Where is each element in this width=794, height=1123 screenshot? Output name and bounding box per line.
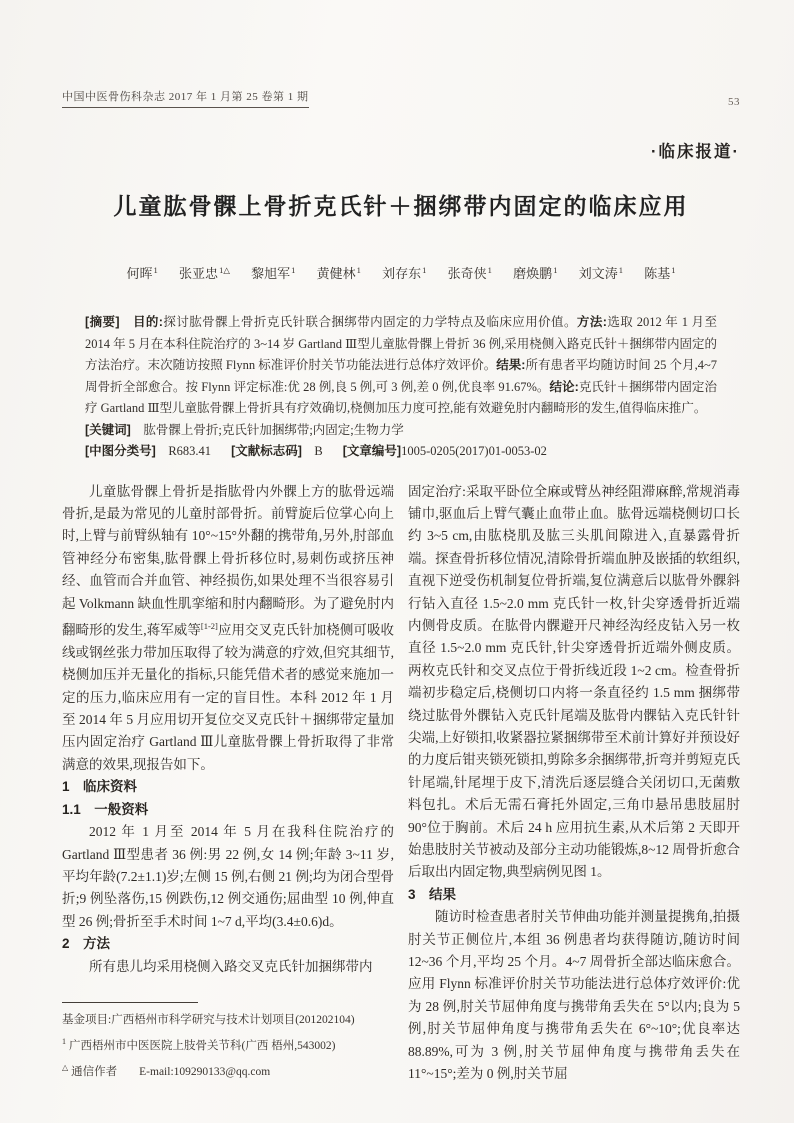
author-affiliation-mark: 1: [422, 265, 426, 275]
intro-paragraph: 儿童肱骨髁上骨折是指肱骨内外髁上方的肱骨远端骨折,是最为常见的儿童肘部骨折。前臂…: [62, 481, 394, 777]
author-name: 陈基1: [644, 266, 675, 281]
page-content: 中国中医骨伤科杂志 2017 年 1 月第 25 卷第 1 期 53 ·临床报道…: [62, 88, 740, 1083]
objective-text: 探讨肱骨髁上骨折克氏针联合捆绑带内固定的力学特点及临床应用价值。: [163, 315, 577, 329]
objective-label: 目的:: [133, 315, 163, 329]
funding-note: 基金项目:广西梧州市科学研究与技术计划项目(201202104): [62, 1009, 394, 1031]
author-name: 黄健林1: [317, 266, 361, 281]
body-columns: 儿童肱骨髁上骨折是指肱骨内外髁上方的肱骨远端骨折,是最为常见的儿童肘部骨折。前臂…: [62, 481, 740, 1083]
footnotes-block: 基金项目:广西梧州市科学研究与技术计划项目(201202104) 1广西梧州市中…: [62, 1002, 394, 1083]
abstract-paragraph: [摘要] 目的:探讨肱骨髁上骨折克氏针联合捆绑带内固定的力学特点及临床应用价值。…: [85, 312, 717, 420]
intro-text-b: 应用交叉克氏针加桡侧可吸收线或钢丝张力带加压取得了较为满意的疗效,但究其细节,桡…: [62, 622, 394, 771]
page-number: 53: [728, 96, 740, 108]
keywords-text: 肱骨髁上骨折;克氏针加捆绑带;内固定;生物力学: [143, 423, 403, 437]
results-paragraph: 随访时检查患者肘关节伸曲功能并测量提携角,拍摄肘关节正侧位片,本组 36 例患者…: [408, 906, 740, 1085]
author-affiliation-mark: 1: [291, 265, 295, 275]
doc-code-value: B: [314, 444, 322, 458]
methods-label: 方法:: [577, 315, 607, 329]
abstract-label: [摘要]: [85, 315, 120, 329]
author-name: 磨焕鹏1: [513, 266, 557, 281]
methods-paragraph-start: 所有患儿均采用桡侧入路交叉克氏针加捆绑带内: [62, 956, 394, 978]
author-name: 张亚忠1△: [179, 266, 230, 281]
author-name: 张奇侠1: [448, 266, 492, 281]
article-title: 儿童肱骨髁上骨折克氏针＋捆绑带内固定的临床应用: [62, 188, 740, 221]
article-id-value: 1005-0205(2017)01-0053-02: [401, 444, 547, 458]
affiliation-text: 广西梧州市中医医院上肢骨关节科(广西 梧州,543002): [69, 1040, 335, 1052]
heading-general-data: 1.1 一般资料: [62, 799, 394, 821]
heading-results: 3 结果: [408, 884, 740, 906]
correspondence-note: △通信作者E-mail:109290133@qq.com: [62, 1057, 394, 1083]
author-affiliation-mark: 1: [154, 265, 158, 275]
author-affiliation-mark: 1: [619, 265, 623, 275]
author-name: 何晖1: [127, 266, 158, 281]
section-label: ·临床报道·: [62, 138, 740, 162]
author-name: 刘文涛1: [579, 266, 623, 281]
citation-ref: [1-2]: [201, 621, 218, 631]
author-affiliation-mark: 1: [357, 265, 361, 275]
clc-label: [中图分类号]: [85, 444, 156, 458]
affiliation-note: 1广西梧州市中医医院上肢骨关节科(广西 梧州,543002): [62, 1031, 394, 1057]
right-column: 固定治疗:采取平卧位全麻或臂丛神经阻滞麻醉,常规消毒铺巾,驱血后上臂气囊止血带止…: [408, 481, 740, 1083]
article-id-label: [文章编号]: [343, 444, 401, 458]
keywords-label: [关键词]: [85, 423, 131, 437]
author-affiliation-mark: 1: [671, 265, 675, 275]
affiliation-mark: 1: [62, 1037, 66, 1046]
footnote-divider: [62, 1002, 198, 1003]
author-affiliation-mark: 1: [553, 265, 557, 275]
correspondence-mark: △: [62, 1063, 68, 1072]
heading-clinical-data: 1 临床资料: [62, 776, 394, 798]
clc-value: R683.41: [168, 444, 211, 458]
doc-code-label: [文献标志码]: [231, 444, 302, 458]
correspondence-text: 通信作者: [71, 1066, 117, 1078]
classification-line: [中图分类号] R683.41[文献标志码] B[文章编号]1005-0205(…: [85, 441, 717, 463]
running-header: 中国中医骨伤科杂志 2017 年 1 月第 25 卷第 1 期 53: [62, 88, 740, 108]
author-name: 黎旭军1: [251, 266, 295, 281]
keywords-line: [关键词] 肱骨髁上骨折;克氏针加捆绑带;内固定;生物力学: [85, 420, 717, 442]
left-column: 儿童肱骨髁上骨折是指肱骨内外髁上方的肱骨远端骨折,是最为常见的儿童肘部骨折。前臂…: [62, 481, 394, 1083]
author-list: 何晖1 张亚忠1△ 黎旭军1 黄健林1 刘存东1 张奇侠1 磨焕鹏1 刘文涛1 …: [62, 263, 740, 282]
intro-text-a: 儿童肱骨髁上骨折是指肱骨内外髁上方的肱骨远端骨折,是最为常见的儿童肘部骨折。前臂…: [62, 484, 394, 638]
journal-info: 中国中医骨伤科杂志 2017 年 1 月第 25 卷第 1 期: [62, 88, 309, 108]
author-affiliation-mark: 1△: [219, 265, 230, 275]
general-data-paragraph: 2012 年 1 月至 2014 年 5 月在我科住院治疗的 Gartland …: [62, 821, 394, 933]
results-label: 结果:: [496, 358, 525, 372]
journal-page: 中国中医骨伤科杂志 2017 年 1 月第 25 卷第 1 期 53 ·临床报道…: [0, 0, 794, 1123]
surgery-paragraph: 固定治疗:采取平卧位全麻或臂丛神经阻滞麻醉,常规消毒铺巾,驱血后上臂气囊止血带止…: [408, 481, 740, 884]
conclusion-label: 结论:: [549, 380, 578, 394]
author-affiliation-mark: 1: [488, 265, 492, 275]
author-name: 刘存东1: [382, 266, 426, 281]
correspondence-email: E-mail:109290133@qq.com: [139, 1066, 270, 1078]
heading-methods: 2 方法: [62, 933, 394, 955]
abstract-block: [摘要] 目的:探讨肱骨髁上骨折克氏针联合捆绑带内固定的力学特点及临床应用价值。…: [62, 312, 740, 463]
